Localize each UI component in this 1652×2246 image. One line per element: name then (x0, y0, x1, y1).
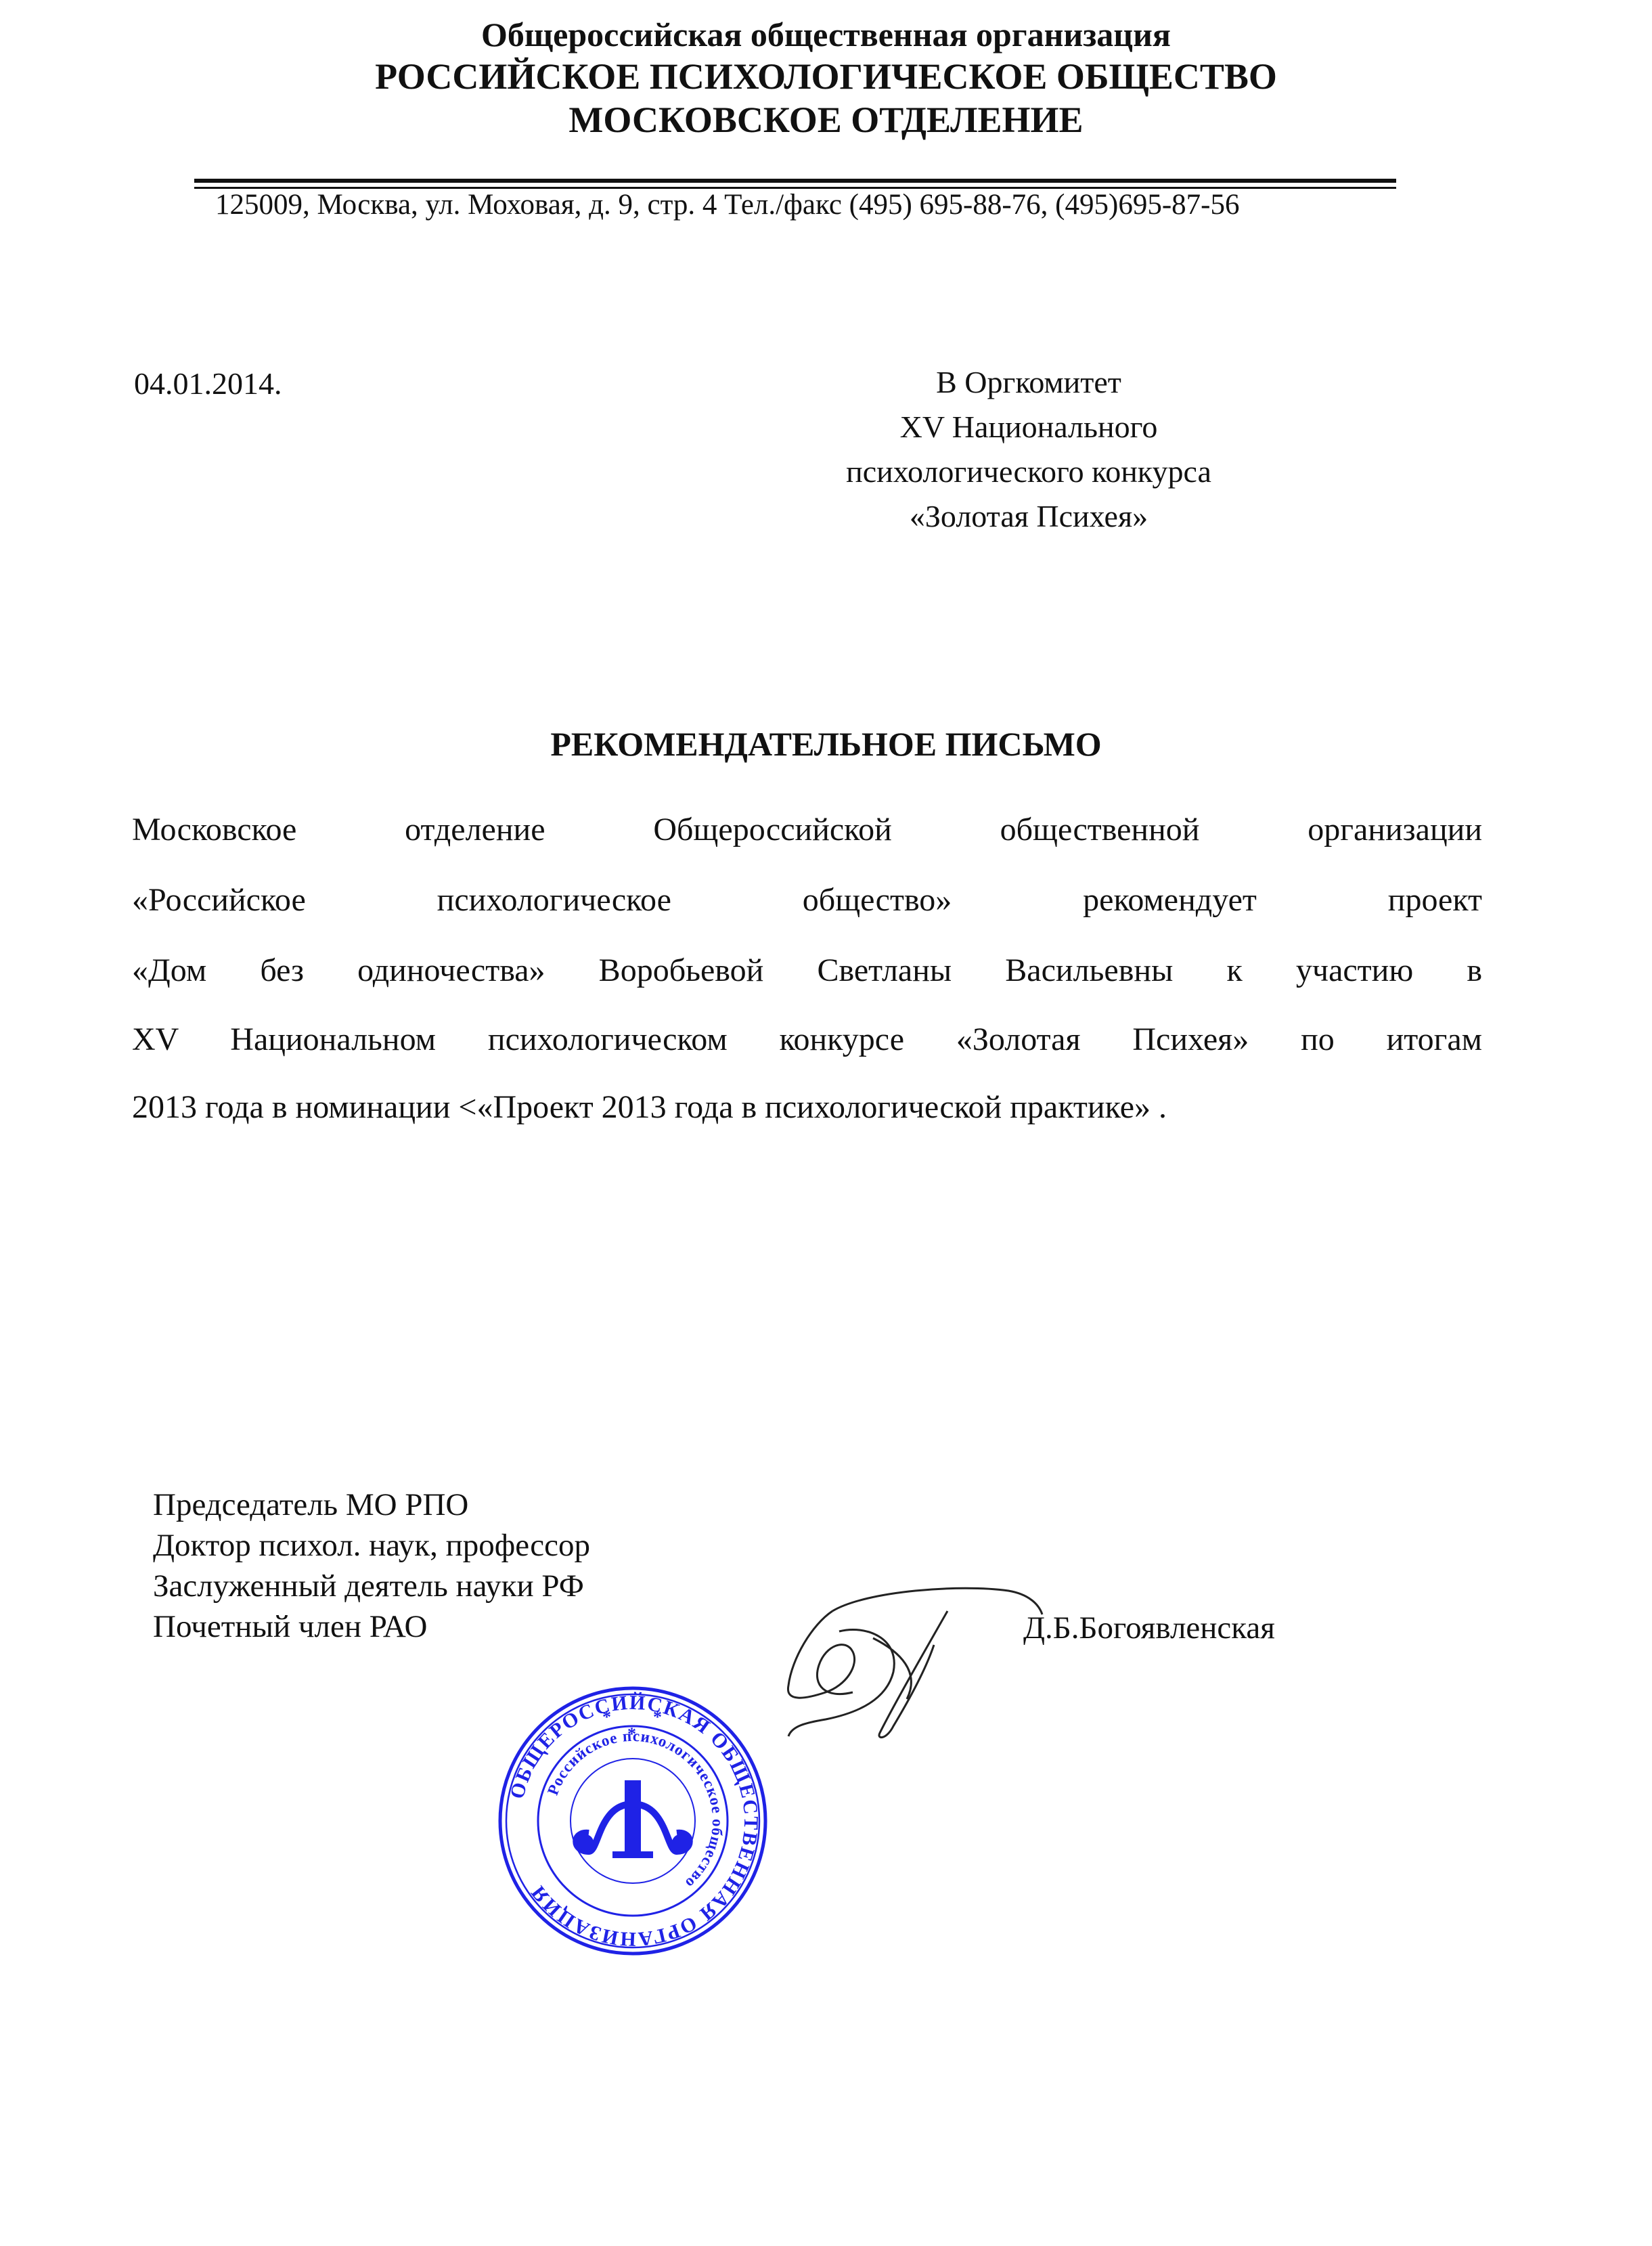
letterhead-branch: МОСКОВСКОЕ ОТДЕЛЕНИЕ (0, 99, 1652, 141)
letterhead-rule-thick (194, 179, 1396, 183)
body-line: «Дом без одиночества» Воробьевой Светлан… (132, 952, 1482, 989)
letterhead-address: 125009, Москва, ул. Моховая, д. 9, стр. … (215, 188, 1239, 221)
signatory-title: Заслуженный деятель науки РФ (153, 1568, 584, 1604)
body-line: «Российское психологическое общество» ре… (132, 881, 1482, 919)
signatory-title: Почетный член РАО (153, 1608, 427, 1645)
svg-text:*: * (602, 1707, 611, 1727)
recipient-line: «Золотая Психея» (758, 498, 1299, 534)
letterhead-org-name: РОССИЙСКОЕ ПСИХОЛОГИЧЕСКОЕ ОБЩЕСТВО (0, 56, 1652, 97)
document-title: РЕКОМЕНДАТЕЛЬНОЕ ПИСЬМО (0, 724, 1652, 764)
svg-text:*: * (653, 1707, 662, 1727)
stamp-psi-logo-icon (576, 1780, 690, 1858)
organization-seal-stamp: ОБЩЕРОССИЙСКАЯ ОБЩЕСТВЕННАЯ ОРГАНИЗАЦИЯ … (497, 1686, 768, 1956)
handwritten-signature (785, 1584, 1137, 1760)
recipient-line: XV Национального (758, 409, 1299, 445)
recipient-line: В Оргкомитет (758, 364, 1299, 400)
signatory-title: Председатель МО РПО (153, 1487, 468, 1523)
svg-text:*: * (627, 1724, 636, 1744)
signatory-title: Доктор психол. наук, профессор (153, 1527, 590, 1564)
body-line: Московское отделение Общероссийской обще… (132, 811, 1482, 848)
body-line: 2013 года в номинации <«Проект 2013 года… (132, 1088, 1482, 1126)
body-line: XV Национальном психологическом конкурсе… (132, 1021, 1482, 1058)
letterhead-org-type: Общероссийская общественная организация (0, 15, 1652, 54)
letter-date: 04.01.2014. (134, 366, 282, 401)
recipient-line: психологического конкурса (758, 454, 1299, 489)
